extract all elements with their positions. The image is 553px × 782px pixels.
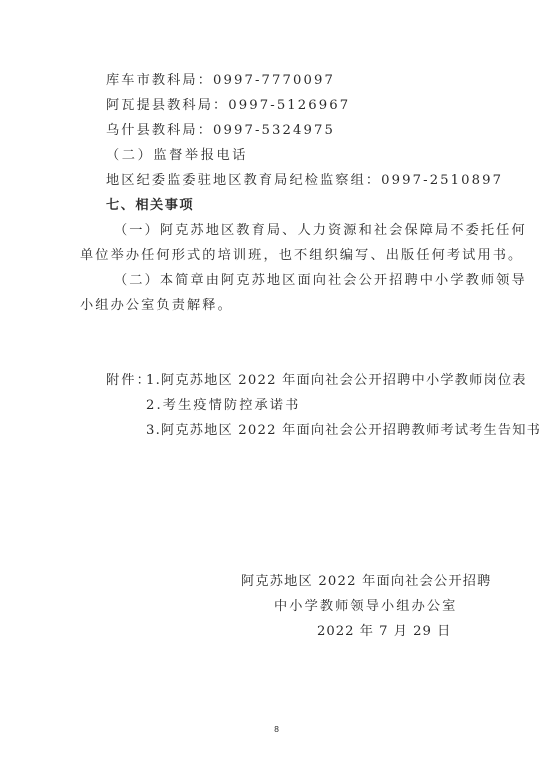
attachment-item: 1.阿克苏地区 2022 年面向社会公开招聘中小学教师岗位表 bbox=[146, 372, 527, 390]
attachments-label: 附件： bbox=[106, 372, 152, 390]
supervision-heading: （二）监督举报电话 bbox=[106, 147, 248, 165]
section-heading: 七、相关事项 bbox=[106, 197, 194, 215]
paragraph-1-line-1: （一）阿克苏地区教育局、人力资源和社会保障局不委托任何 bbox=[114, 222, 527, 240]
attachment-item: 2.考生疫情防控承诺书 bbox=[146, 397, 300, 415]
attachment-item: 3.阿克苏地区 2022 年面向社会公开招聘教师考试考生告知书 bbox=[146, 422, 541, 440]
supervision-contact: 地区纪委监委驻地区教育局纪检监察组：0997-2510897 bbox=[106, 172, 503, 190]
paragraph-2-line-2: 小组办公室负责解释。 bbox=[80, 297, 233, 315]
signature-date: 2022 年 7 月 29 日 bbox=[317, 623, 451, 641]
paragraph-1-line-2: 单位举办任何形式的培训班，也不组织编写、出版任何考试用书。 bbox=[80, 247, 523, 265]
paragraph-2-line-1: （二）本简章由阿克苏地区面向社会公开招聘中小学教师领导 bbox=[114, 272, 527, 290]
page-number: 8 bbox=[274, 725, 279, 734]
contact-awati: 阿瓦提县教科局：0997-5126967 bbox=[106, 97, 350, 115]
signature-org-line-1: 阿克苏地区 2022 年面向社会公开招聘 bbox=[241, 573, 492, 591]
contact-kuche: 库车市教科局：0997-7770097 bbox=[106, 72, 335, 90]
signature-org-line-2: 中小学教师领导小组办公室 bbox=[274, 598, 457, 616]
contact-wushi: 乌什县教科局：0997-5324975 bbox=[106, 122, 335, 140]
